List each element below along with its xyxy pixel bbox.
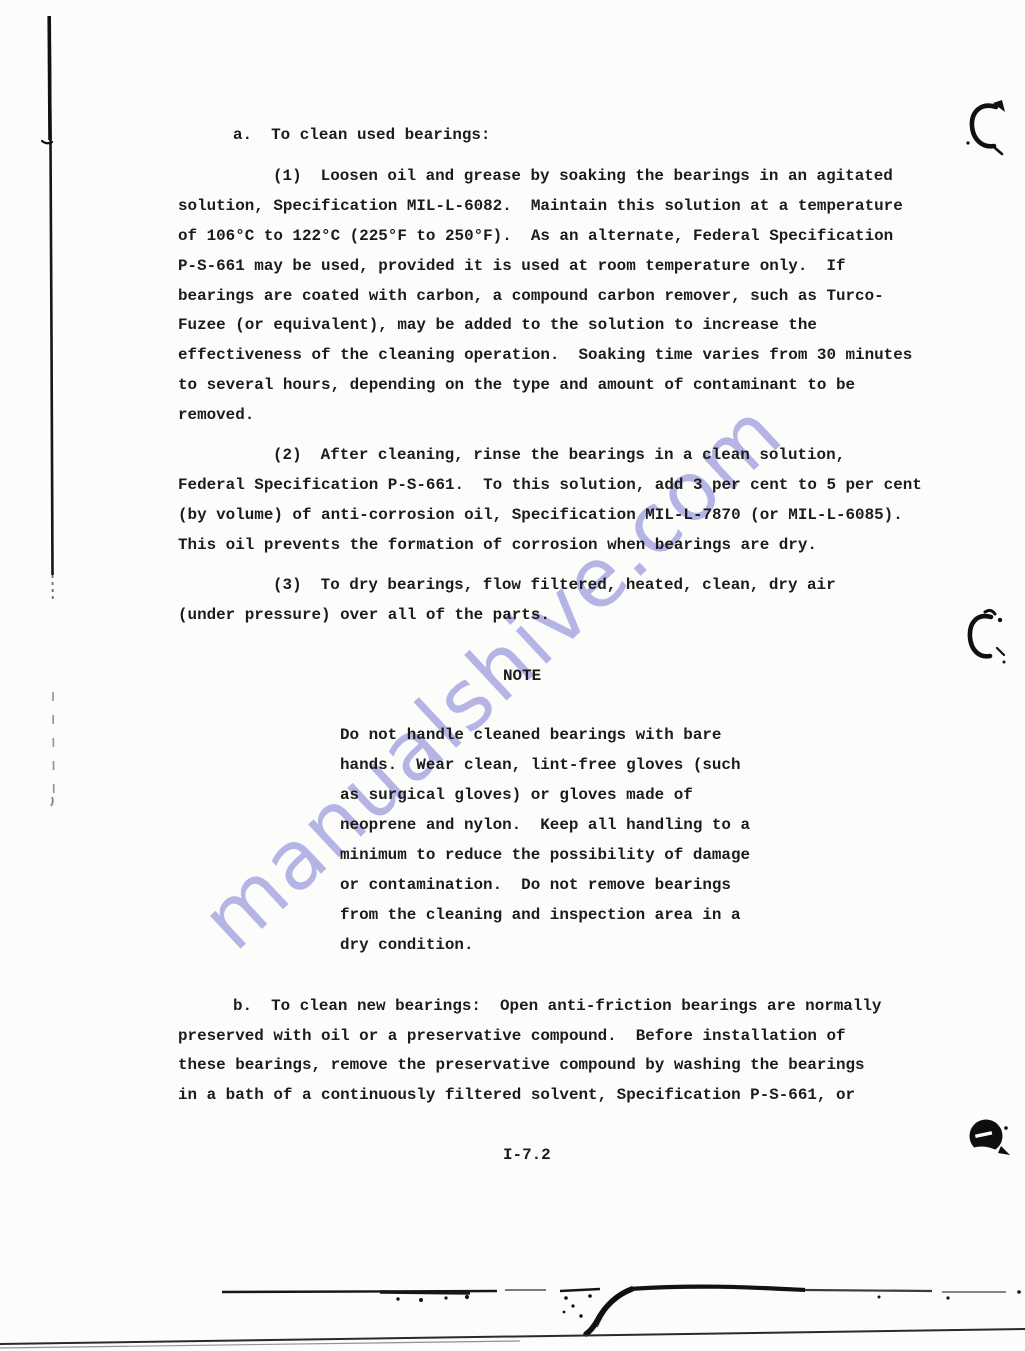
text-line: from the cleaning and inspection area in… [340, 901, 948, 931]
text-line: This oil prevents the formation of corro… [178, 531, 948, 561]
text-line: or contamination. Do not remove bearings [340, 871, 948, 901]
text-line: Do not handle cleaned bearings with bare [340, 721, 948, 751]
text-line: P-S-661 may be used, provided it is used… [178, 252, 948, 282]
text-line: these bearings, remove the preservative … [178, 1051, 948, 1081]
text-line: effectiveness of the cleaning operation.… [178, 341, 948, 371]
ink-smudge-top-icon [966, 100, 1005, 154]
text-line: hands. Wear clean, lint-free gloves (suc… [340, 751, 948, 781]
left-margin-scan-line [42, 16, 54, 806]
text-line: dry condition. [340, 931, 948, 961]
text-line: to several hours, depending on the type … [178, 371, 948, 401]
paragraph-1: (1) Loosen oil and grease by soaking the… [178, 162, 948, 431]
text-line: neoprene and nylon. Keep all handling to… [340, 811, 948, 841]
text-line: (3) To dry bearings, flow filtered, heat… [178, 571, 948, 601]
text-line: Fuzee (or equivalent), may be added to t… [178, 311, 948, 341]
note-body: Do not handle cleaned bearings with bare… [340, 721, 948, 960]
item-a-heading: a. To clean used bearings: [178, 121, 948, 151]
text-line: bearings are coated with carbon, a compo… [178, 282, 948, 312]
text-line: in a bath of a continuously filtered sol… [178, 1081, 948, 1111]
text-line: minimum to reduce the possibility of dam… [340, 841, 948, 871]
note-heading: NOTE [503, 662, 948, 692]
paragraph-b: b. To clean new bearings: Open anti-fric… [178, 992, 948, 1112]
paragraph-2: (2) After cleaning, rinse the bearings i… [178, 441, 948, 561]
text-line: solution, Specification MIL-L-6082. Main… [178, 192, 948, 222]
text-line: of 106°C to 122°C (225°F to 250°F). As a… [178, 222, 948, 252]
scanned-manual-page: manualshive.com a. To clean used bearing… [0, 0, 1025, 1351]
text-line: removed. [178, 401, 948, 431]
ink-smudge-bottom-icon [970, 1120, 1011, 1160]
ink-smudge-middle-icon [970, 610, 1006, 663]
text-line: b. To clean new bearings: Open anti-fric… [178, 992, 948, 1022]
text-line: (2) After cleaning, rinse the bearings i… [178, 441, 948, 471]
text-line: as surgical gloves) or gloves made of [340, 781, 948, 811]
text-line: Federal Specification P-S-661. To this s… [178, 471, 948, 501]
text-line: preserved with oil or a preservative com… [178, 1022, 948, 1052]
paragraph-3: (3) To dry bearings, flow filtered, heat… [178, 571, 948, 631]
text-line: (under pressure) over all of the parts. [178, 601, 948, 631]
text-line: (1) Loosen oil and grease by soaking the… [178, 162, 948, 192]
bottom-scan-streaks [0, 1287, 1025, 1348]
text-line: (by volume) of anti-corrosion oil, Speci… [178, 501, 948, 531]
page-number: I-7.2 [503, 1141, 948, 1171]
document-body: a. To clean used bearings: (1) Loosen oi… [178, 121, 948, 1171]
